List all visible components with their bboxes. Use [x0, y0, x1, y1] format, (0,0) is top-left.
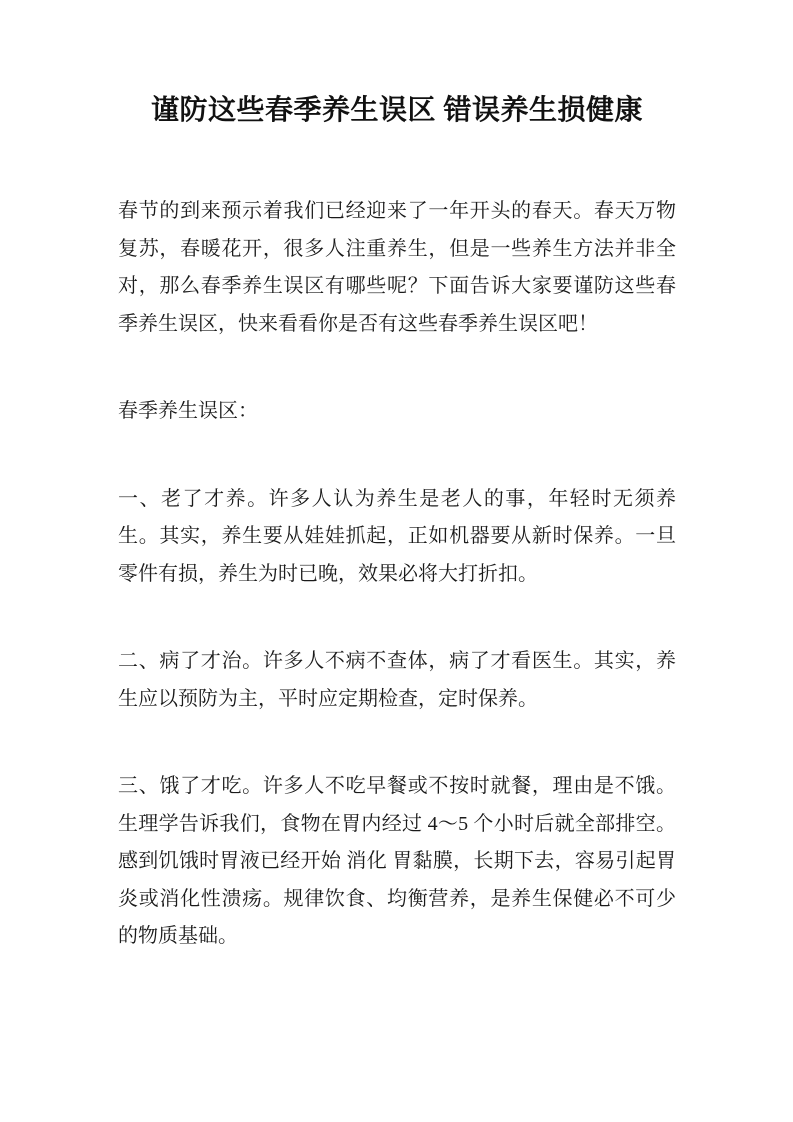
paragraph-item-1-old-age: 一、老了才养。许多人认为养生是老人的事，年轻时无须养生。其实，养生要从娃娃抓起，…	[118, 481, 676, 594]
paragraph-item-3-hungry-eat: 三、饿了才吃。许多人不吃早餐或不按时就餐，理由是不饿。生理学告诉我们，食物在胃内…	[118, 768, 676, 956]
paragraph-item-2-sick-treat: 二、病了才治。许多人不病不查体，病了才看医生。其实，养生应以预防为主，平时应定期…	[118, 643, 676, 718]
paragraph-section-label: 春季养生误区：	[118, 393, 676, 431]
document-title: 谨防这些春季养生误区 错误养生损健康	[118, 91, 676, 131]
document-page: 谨防这些春季养生误区 错误养生损健康 春节的到来预示着我们已经迎来了一年开头的春…	[0, 0, 793, 1122]
paragraph-intro: 春节的到来预示着我们已经迎来了一年开头的春天。春天万物复苏，春暖花开，很多人注重…	[118, 193, 676, 343]
